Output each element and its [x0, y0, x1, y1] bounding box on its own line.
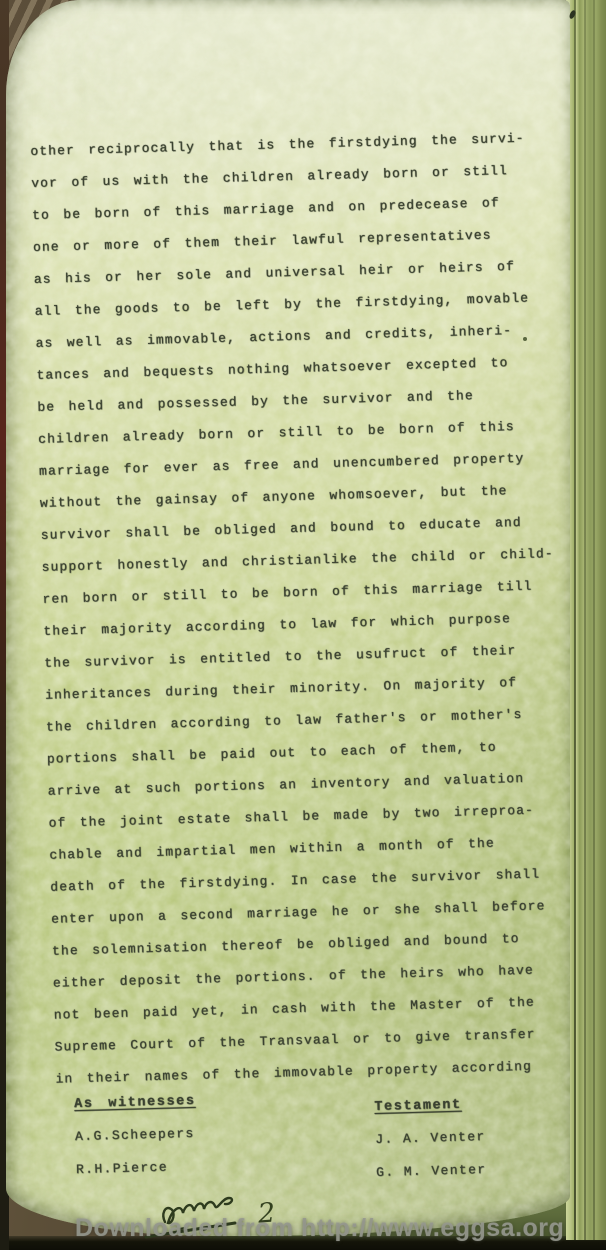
testator-name: G. M. Venter — [376, 1162, 487, 1181]
typewritten-text-block: other reciprocally that is the firstdyin… — [30, 122, 576, 1190]
testament-column: Testament J. A. Venter G. M. Venter — [374, 1097, 487, 1181]
page-edge-line — [584, 0, 586, 1240]
page-edge-line — [593, 0, 595, 1240]
witnesses-column: As witnesses A.G.Scheepers R.H.Pierce — [74, 1089, 376, 1189]
signature-section: As witnesses A.G.Scheepers R.H.Pierce Te… — [56, 1084, 576, 1190]
testament-heading: Testament — [374, 1097, 485, 1115]
typewritten-body: other reciprocally that is the firstdyin… — [30, 122, 574, 1096]
page-edge-line — [574, 0, 576, 1240]
witness-name: R.H.Pierce — [76, 1154, 376, 1178]
witness-name: A.G.Scheepers — [75, 1121, 375, 1145]
scanned-document-photo: other reciprocally that is the firstdyin… — [0, 0, 606, 1250]
ink-speck — [523, 337, 527, 341]
testator-name: J. A. Venter — [375, 1129, 486, 1148]
watermark-text: Downloaded from http://www.eggsa.org — [75, 1214, 535, 1243]
